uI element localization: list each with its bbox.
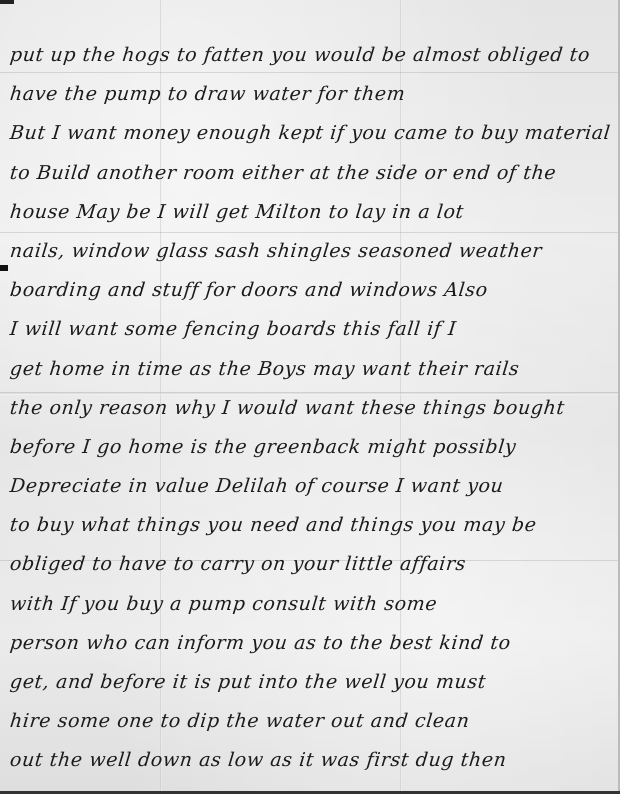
text-line: house May be I will get Milton to lay in… bbox=[8, 193, 618, 232]
text-line: get home in time as the Boys may want th… bbox=[8, 350, 618, 389]
text-line: the only reason why I would want these t… bbox=[8, 389, 618, 428]
letter-page: put up the hogs to fatten you would be a… bbox=[0, 0, 620, 794]
text-line: with If you buy a pump consult with some bbox=[8, 585, 618, 624]
text-line: person who can inform you as to the best… bbox=[8, 624, 618, 663]
text-line: nails, window glass sash shingles season… bbox=[8, 232, 618, 271]
text-line: to Build another room either at the side… bbox=[8, 154, 618, 193]
text-line: put up the hogs to fatten you would be a… bbox=[8, 36, 618, 75]
text-line: boarding and stuff for doors and windows… bbox=[8, 271, 618, 310]
text-line: obliged to have to carry on your little … bbox=[8, 545, 618, 584]
text-line: have the pump to draw water for them bbox=[8, 75, 618, 114]
scan-corner-mark bbox=[0, 0, 14, 4]
text-line: hire some one to dip the water out and c… bbox=[8, 702, 618, 741]
text-line: Depreciate in value Delilah of course I … bbox=[8, 467, 618, 506]
margin-ink-mark bbox=[0, 265, 8, 271]
handwritten-text-body: put up the hogs to fatten you would be a… bbox=[10, 36, 616, 781]
text-line: out the well down as low as it was first… bbox=[8, 741, 618, 780]
text-line: But I want money enough kept if you came… bbox=[8, 114, 618, 153]
text-line: I will want some fencing boards this fal… bbox=[8, 310, 618, 349]
text-line: get, and before it is put into the well … bbox=[8, 663, 618, 702]
text-line: before I go home is the greenback might … bbox=[8, 428, 618, 467]
text-line: to buy what things you need and things y… bbox=[8, 506, 618, 545]
